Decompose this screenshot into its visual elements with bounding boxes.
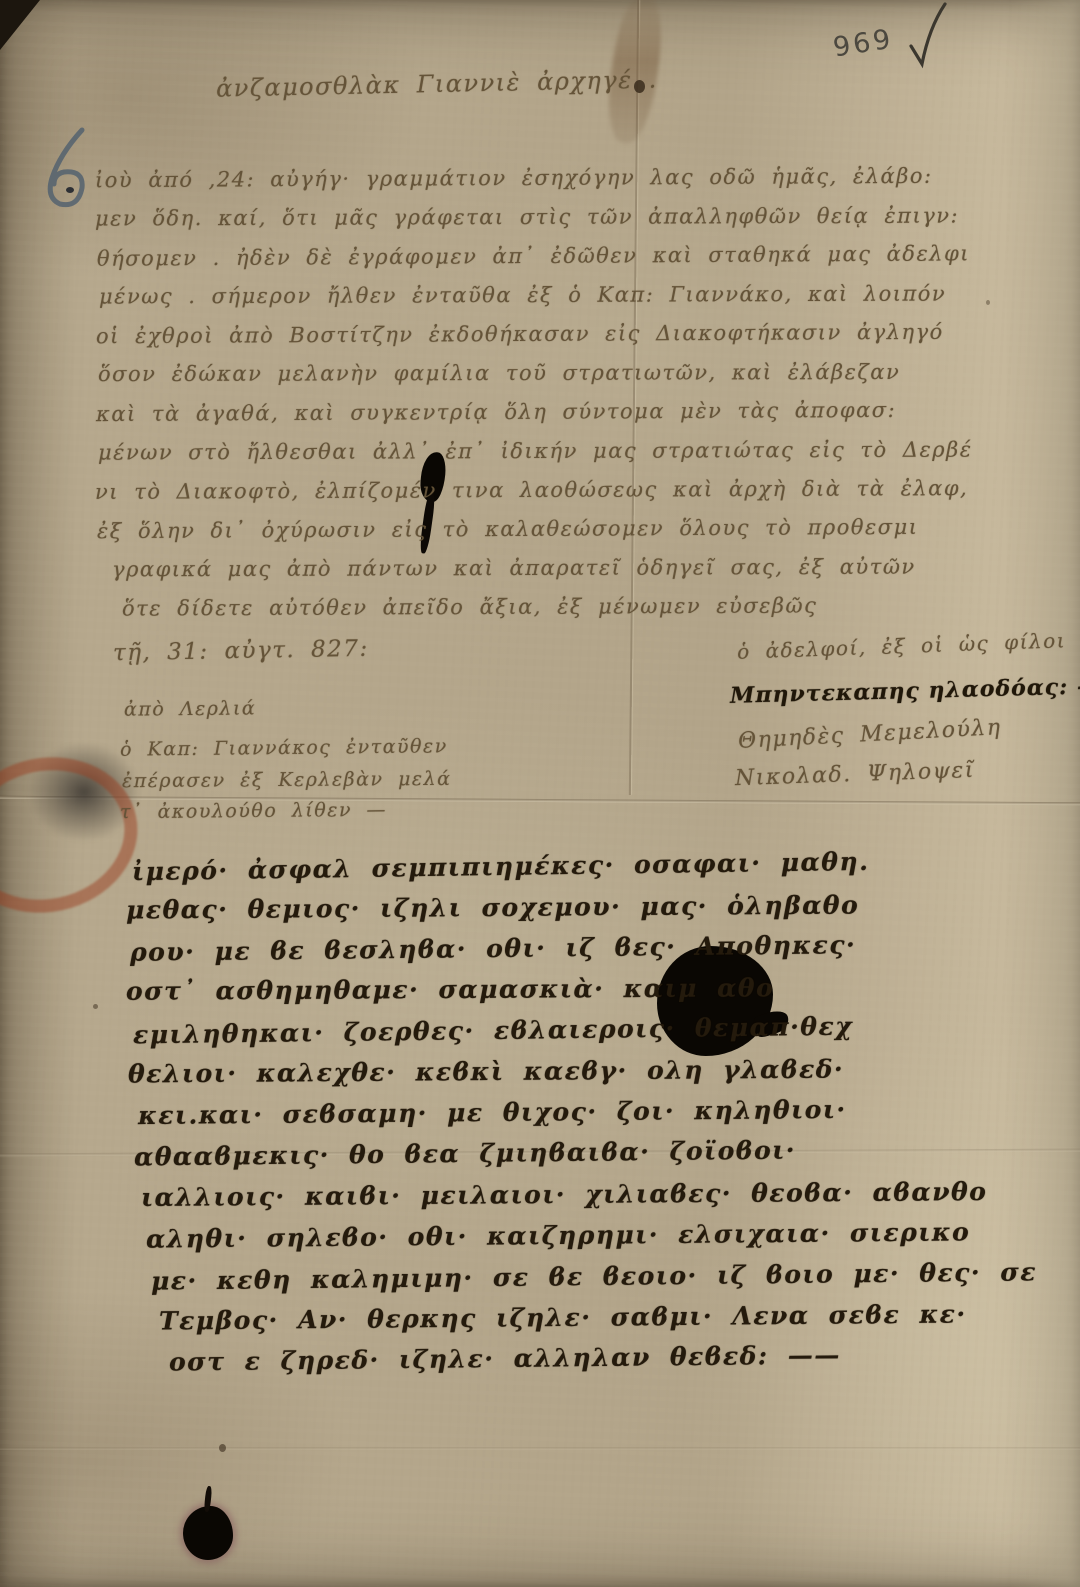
letter-line: καὶ τὰ ἀγαθά, καὶ συγκεντρίᾳ ὅλη σύντομα… [96, 398, 896, 426]
date-line: τῇ, 31: αὐγτ. 827: [113, 636, 369, 666]
postscript-line: ἐπέρασεν ἐξ Κερλεβὰν μελά [122, 768, 452, 792]
letter-line: οἱ ἐχθροὶ ἀπὸ Βοστίτζην ἐκδοθήκασαν εἰς … [96, 320, 944, 348]
postscript-line: ὁ Καπ: Γιαννάκος ἐνταῦθεν [120, 735, 448, 760]
note-line: κει.και· σεϐσαμη· με θιχος· ζοι· κηληθιο… [138, 1095, 847, 1130]
letter-line: γραφικά μας ἀπὸ πάντων καὶ ἀπαρατεῖ ὁδηγ… [112, 555, 916, 582]
paper-light-edge [1010, 0, 1080, 1587]
small-speck [219, 1444, 226, 1452]
letter-line: νι τὸ Διακοφτὸ, ἐλπίζομέν τινα λαοθώσεως… [95, 476, 968, 504]
small-speck [93, 1004, 98, 1009]
letter-line: ἐξ ὅλην δι᾽ ὀχύρωσιν εἰς τὸ καλαθεώσομεν… [97, 515, 919, 543]
note-line: ιαλλιοις· καιϐι· μειλαιοι· χιλιαϐες· θεο… [141, 1177, 988, 1212]
postscript-line: τ᾽ ἀκουλούθο λίθεν — [120, 799, 387, 823]
horizontal-fold-crease-bottom [0, 1447, 1080, 1450]
letter-line: μεν ὅδη. καί, ὅτι μᾶς γράφεται στὶς τῶν … [95, 203, 959, 230]
letter-line: μένων στὸ ἤλθεσθαι ἀλλ᾽ ἐπ᾽ ἰδικήν μας σ… [98, 437, 973, 464]
letter-line: ἰοὺ ἀπό ,24: αὐγήγ· γραμμάτιον ἐσηχόγην … [95, 164, 933, 192]
letter-line: ὅτε δίδετε αὐτόθεν ἀπεῖδο ἄξια, ἐξ μένωμ… [122, 593, 818, 620]
check-mark-icon [905, 2, 957, 74]
postscript-line: ἀπὸ Λερλιά [124, 697, 256, 720]
manuscript-page: 969 ἀνζαμοσθλὰκ Γιαννιὲ ἀρχηγέ . ἰοὺ ἀπό… [0, 0, 1080, 1587]
letter-line: μένως . σήμερον ἤλθεν ἐνταῦθα ἐξ ὁ Καπ: … [99, 282, 946, 309]
small-speck [986, 300, 990, 305]
ink-blot-bottom [183, 1506, 233, 1560]
note-line: οστ᾽ ασθημηθαμε· σαμασκιὰ· καιμ αθο [126, 973, 774, 1005]
note-line: μεθας· θεμιος· ιζηλι σοχεμου· μας· ὁληβα… [126, 890, 859, 924]
note-line: θελιοι· καλεχθε· κεϐκὶ καεϐγ· ολη γλαϐεδ… [128, 1055, 844, 1089]
pencil-margin-mark-icon [30, 126, 100, 218]
letter-line: ὅσον ἐδώκαν μελανὴν φαμίλια τοῦ στρατιωτ… [98, 360, 900, 386]
